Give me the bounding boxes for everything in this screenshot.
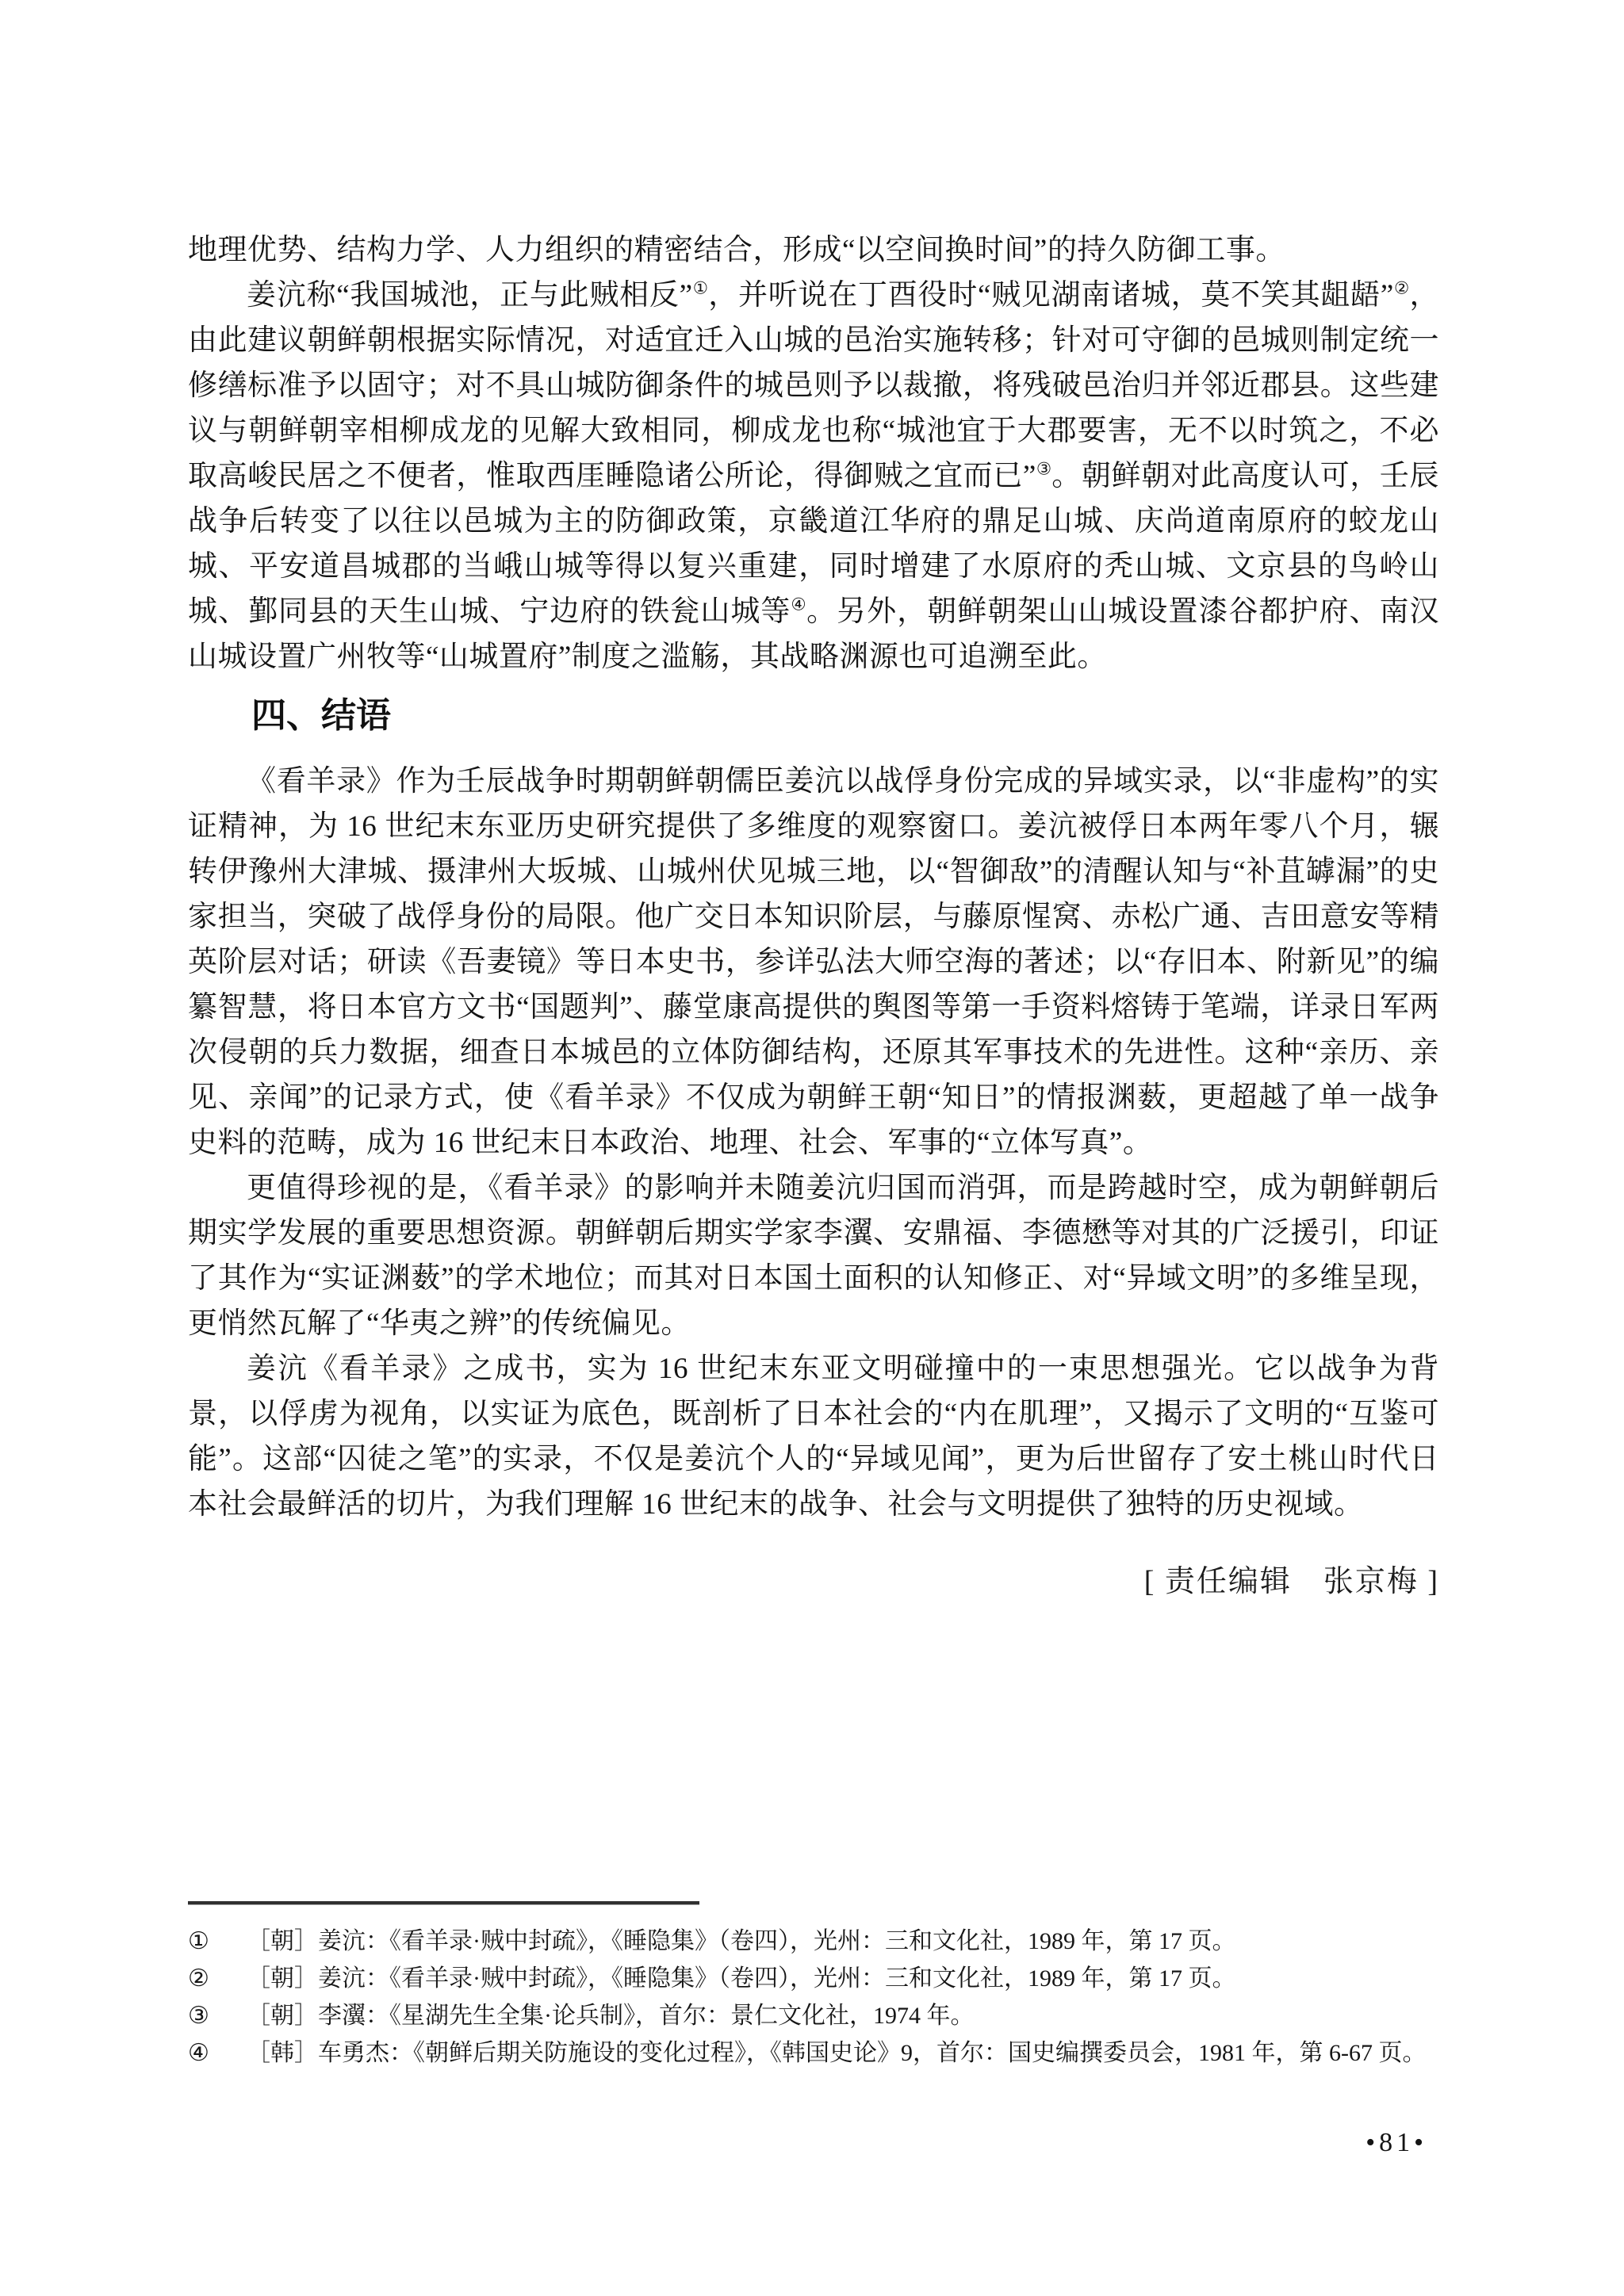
footnote-text-3: ［朝］李瀷：《星湖先生全集·论兵制》，首尔：景仁文化社，1974 年。 xyxy=(247,1997,1439,2034)
footnote-text-2: ［朝］姜沆：《看羊录·贼中封疏》，《睡隐集》（卷四），光州：三和文化社，1989… xyxy=(247,1960,1439,1997)
footnote-3: ③ ［朝］李瀷：《星湖先生全集·论兵制》，首尔：景仁文化社，1974 年。 xyxy=(188,1997,1439,2034)
footnote-marker-3: ③ xyxy=(188,1997,247,2034)
paragraph-defense-continuation: 地理优势、结构力学、人力组织的精密结合，形成“以空间换时间”的持久防御工事。 xyxy=(188,228,1439,273)
footnote-2: ② ［朝］姜沆：《看羊录·贼中封疏》，《睡隐集》（卷四），光州：三和文化社，19… xyxy=(188,1960,1439,1997)
page-body: 地理优势、结构力学、人力组织的精密结合，形成“以空间换时间”的持久防御工事。 姜… xyxy=(188,228,1439,1601)
paragraph-conclusion-2: 更值得珍视的是，《看羊录》的影响并未随姜沆归国而消弭，而是跨越时空，成为朝鲜朝后… xyxy=(188,1165,1439,1346)
section-heading-conclusion: 四、结语 xyxy=(251,694,1439,738)
editor-credit: [ 责任编辑 张京梅 ] xyxy=(188,1562,1439,1601)
footnote-4: ④ ［韩］车勇杰：《朝鲜后期关防施设的变化过程》，《韩国史论》9，首尔：国史编撰… xyxy=(188,2034,1439,2072)
paragraph-conclusion-1: 《看羊录》作为壬辰战争时期朝鲜朝儒臣姜沆以战俘身份完成的异域实录，以“非虚构”的… xyxy=(188,759,1439,1165)
footnote-1: ① ［朝］姜沆：《看羊录·贼中封疏》，《睡隐集》（卷四），光州：三和文化社，19… xyxy=(188,1923,1439,1960)
paragraph-conclusion-3: 姜沆《看羊录》之成书，实为 16 世纪末东亚文明碰撞中的一束思想强光。它以战争为… xyxy=(188,1346,1439,1527)
footnote-text-1: ［朝］姜沆：《看羊录·贼中封疏》，《睡隐集》（卷四），光州：三和文化社，1989… xyxy=(247,1923,1439,1960)
paragraph-kang-hang-proposal: 姜沆称“我国城池，正与此贼相反”①，并听说在丁酉役时“贼见湖南诸城，莫不笑其龃龉… xyxy=(188,273,1439,679)
footnote-marker-1: ① xyxy=(188,1923,247,1960)
page-number: •81• xyxy=(1365,2128,1427,2158)
footnotes-section: ① ［朝］姜沆：《看羊录·贼中封疏》，《睡隐集》（卷四），光州：三和文化社，19… xyxy=(188,1901,1439,2072)
footnote-divider xyxy=(188,1901,699,1905)
footnote-marker-2: ② xyxy=(188,1960,247,1997)
journal-page: 地理优势、结构力学、人力组织的精密结合，形成“以空间换时间”的持久防御工事。 姜… xyxy=(0,0,1624,2296)
footnote-text-4: ［韩］车勇杰：《朝鲜后期关防施设的变化过程》，《韩国史论》9，首尔：国史编撰委员… xyxy=(247,2034,1439,2072)
footnote-marker-4: ④ xyxy=(188,2034,247,2072)
